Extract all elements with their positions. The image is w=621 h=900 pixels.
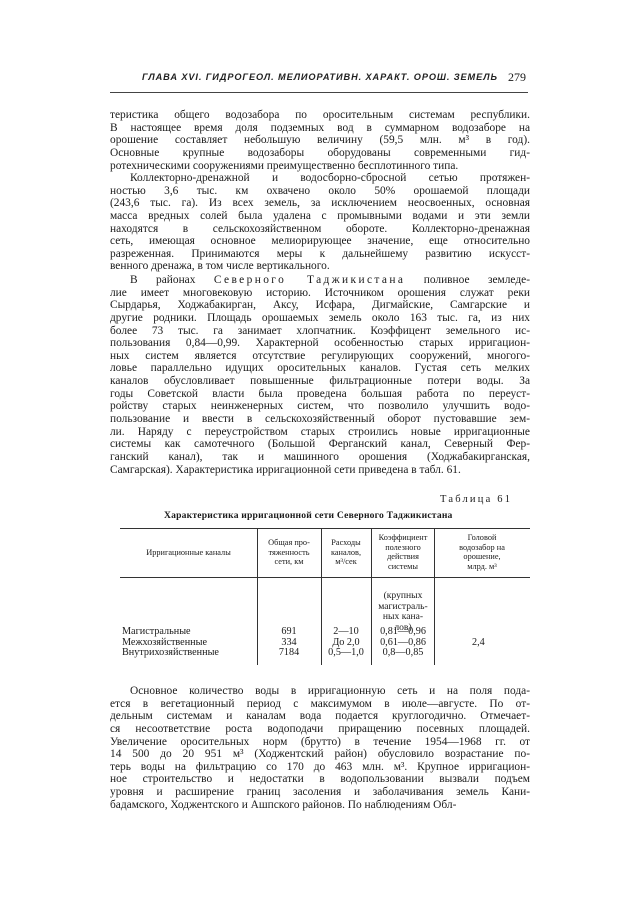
text-line: более 73 тыс. га занимает хлопчатник. Ко… <box>110 325 530 338</box>
cell-length: 691 <box>259 627 319 638</box>
text-line: разреженная. Принимаются меры к дальнейш… <box>110 248 530 261</box>
text-line: ся несоответствие роста водоподачи прира… <box>110 723 530 736</box>
text-line: масса вредных солей была удалена с промы… <box>110 210 530 223</box>
text-line: Коллекторно-дренажной и водосборно-сброс… <box>110 172 530 185</box>
column-divider <box>434 529 435 665</box>
text-line: Сырдарья, Ходжабакирган, Аксу, Исфара, Д… <box>110 299 530 312</box>
cell-canal: Внутрихозяйственные <box>122 648 219 659</box>
header-rule <box>110 92 528 93</box>
header-canals: Ирригационные каналы <box>122 548 255 558</box>
text-line: ганский канал), так и машинного орошения… <box>110 451 530 464</box>
text-line: терь воды на фильтрацию со 170 до 463 мл… <box>110 761 530 774</box>
cell-discharge: 2—10 <box>323 627 369 638</box>
text-line: пользования 0,84—0,99. Характерной особе… <box>110 337 530 350</box>
text-line: В районах Северного Таджикистана поливно… <box>110 274 530 287</box>
text-line: ротехническими сооружениями преимуществе… <box>110 160 530 173</box>
text-line: ловье параллельно идущих оросительных ка… <box>110 362 530 375</box>
paragraph-3: В районах Северного Таджикистана поливно… <box>110 274 530 476</box>
text-line: Основное количество воды в ирригационную… <box>110 685 530 698</box>
paragraph-2: Коллекторно-дренажной и водосборно-сброс… <box>110 172 530 273</box>
paragraph-1: теристика общего водозабора по ороситель… <box>110 109 530 172</box>
text-line: (243,6 тыс. га). Из всех земель, за искл… <box>110 197 530 210</box>
cell-canal: Магистральные <box>122 627 191 638</box>
text-line: годы Советской власти была проведена бол… <box>110 388 530 401</box>
text-line: дельным системам и каналам вода подается… <box>110 710 530 723</box>
table-header-rule <box>120 577 530 578</box>
text-line: ностью 3,6 тыс. км охвачено около 50% ор… <box>110 185 530 198</box>
text-line: ли. Наряду с переустройством старых стро… <box>110 426 530 439</box>
page-header: ГЛАВА XVI. ГИДРОГЕОЛ. МЕЛИОРАТИВН. ХАРАК… <box>112 69 526 87</box>
header-efficiency: Коэффициентполезногодействиясистемы <box>373 533 433 571</box>
text-line: бадамского, Ходжентского и Ашпского райо… <box>110 799 530 812</box>
header-intake: Головойводозабор наорошение,млрд. м³ <box>436 533 528 571</box>
text-line: пользование и ввести в сельскохозяйствен… <box>110 413 530 426</box>
header-length: Общая про-тяженностьсети, км <box>259 538 319 567</box>
text-line: ется в вегетационный период с максимумом… <box>110 698 530 711</box>
column-divider <box>257 529 258 665</box>
paragraph-4: Основное количество воды в ирригационную… <box>110 685 530 811</box>
text-line: уровня и расширение границ засоления и з… <box>110 786 530 799</box>
text-line: венного дренажа, в том числе вертикально… <box>110 260 530 273</box>
column-divider <box>321 529 322 665</box>
table-caption: Характеристика ирригационной сети Северн… <box>164 510 453 521</box>
page-number: 279 <box>508 70 526 85</box>
text-line: орошение составляет небольшую величину (… <box>110 134 530 147</box>
table-number: Таблица 61 <box>440 494 512 505</box>
text-line: сеть, имеющая основное мелиорирующее зна… <box>110 235 530 248</box>
text-line: Увеличение оросительных норм (брутто) в … <box>110 736 530 749</box>
column-divider <box>371 529 372 665</box>
text-line: другие родники. Площадь орошаемых земель… <box>110 312 530 325</box>
running-title: ГЛАВА XVI. ГИДРОГЕОЛ. МЕЛИОРАТИВН. ХАРАК… <box>142 72 498 82</box>
text-line: ное строительство и недостатки в водопол… <box>110 773 530 786</box>
text-line: 14 500 до 20 951 м³ (Ходжентский район) … <box>110 748 530 761</box>
text-line: Основные крупные водозаборы оборудованы … <box>110 147 530 160</box>
cell-efficiency: 0,81—0,96 <box>373 627 433 638</box>
cell-length: 7184 <box>259 648 319 659</box>
cell-efficiency: 0,8—0,85 <box>373 648 433 659</box>
table-top-rule <box>120 528 530 529</box>
text-line: ройству старых неинженерных систем, что … <box>110 400 530 413</box>
text-line: системы как самотечного (Большой Ферганс… <box>110 438 530 451</box>
text-line: находятся в сельскохозяйственном обороте… <box>110 223 530 236</box>
text-line: каналов обусловливает повышенные фильтра… <box>110 375 530 388</box>
text-line: В настоящее время доля подземных вод в с… <box>110 122 530 135</box>
text-line: Самгарская). Характеристика ирригационно… <box>110 464 530 477</box>
text-line: теристика общего водозабора по ороситель… <box>110 109 530 122</box>
emphasized-region-name: Северного Таджикистана <box>214 274 405 286</box>
header-discharge: Расходыканалов,м³/сек <box>323 538 369 567</box>
intake-total: 2,4 <box>472 638 485 649</box>
text-line: ных систем является отсутствие регулирую… <box>110 350 530 363</box>
text-line: лие имеет многовековую историю. Источник… <box>110 287 530 300</box>
cell-discharge: 0,5—1,0 <box>323 648 369 659</box>
